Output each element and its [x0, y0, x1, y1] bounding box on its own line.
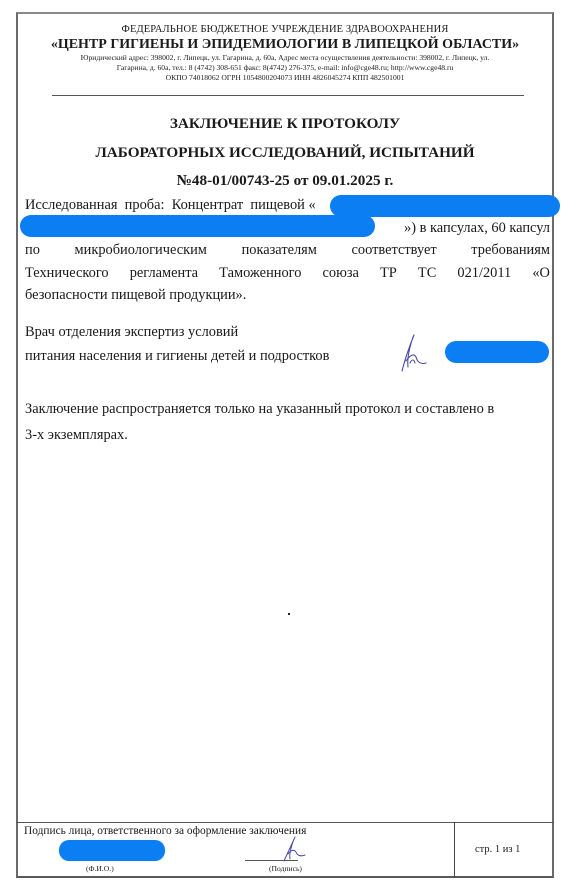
sample-line-3: по микробиологическим показателям соотве… — [25, 239, 550, 262]
speck — [288, 613, 290, 615]
sample-line-5: безопасности пищевой продукции». — [25, 284, 550, 307]
word: Концентрат — [172, 194, 244, 217]
address-line-2: Гагарина, д. 60а, тел.: 8 (4742) 308-651… — [16, 63, 554, 73]
redaction-product-name-2 — [20, 215, 375, 237]
word: ТС — [418, 262, 436, 285]
responsible-label: Подпись лица, ответственного за оформлен… — [24, 825, 306, 837]
conclusion-line-1: Заключение распространяется только на ук… — [25, 396, 550, 422]
doctor-line-2: питания населения и гигиены детей и подр… — [25, 344, 329, 368]
sample-line-2-tail: ») в капсулах, 60 капсул — [404, 217, 550, 240]
codes-line: ОКПО 74018062 ОГРН 1054800204073 ИНН 482… — [16, 73, 554, 83]
responsible-signature-icon — [280, 836, 308, 862]
doctor-signature-icon — [396, 333, 432, 373]
fio-label: (Ф.И.О.) — [86, 864, 114, 873]
address-line-1: Юридический адрес: 398002, г. Липецк, ул… — [16, 53, 554, 63]
word: союза — [323, 262, 359, 285]
footer-divider — [16, 822, 554, 823]
header-divider — [52, 95, 524, 96]
title-line-2: ЛАБОРАТОРНЫХ ИССЛЕДОВАНИЙ, ИСПЫТАНИЙ — [16, 144, 554, 162]
org-name: «ЦЕНТР ГИГИЕНЫ И ЭПИДЕМИОЛОГИИ В ЛИПЕЦКО… — [16, 37, 554, 53]
word: Технического — [25, 262, 109, 285]
redaction-product-name-1 — [330, 195, 560, 217]
word: проба: — [125, 194, 165, 217]
doctor-position: Врач отделения экспертиз условий питания… — [25, 320, 329, 368]
protocol-number: №48-01/00743-25 от 09.01.2025 г. — [16, 172, 554, 190]
word: по — [25, 239, 40, 262]
word: Таможенного — [219, 262, 301, 285]
redaction-responsible-name — [59, 840, 165, 861]
redaction-doctor-name — [445, 341, 549, 363]
word: 021/2011 — [457, 262, 511, 285]
quote-open: « — [309, 194, 316, 217]
page-number: стр. 1 из 1 — [475, 844, 520, 855]
word: требованиям — [471, 239, 550, 262]
conclusion-line-2: 3-х экземплярах. — [25, 422, 550, 448]
word: пищевой — [250, 194, 304, 217]
title-line-1: ЗАКЛЮЧЕНИЕ К ПРОТОКОЛУ — [16, 115, 554, 133]
letterhead: ФЕДЕРАЛЬНОЕ БЮДЖЕТНОЕ УЧРЕЖДЕНИЕ ЗДРАВОО… — [16, 24, 554, 83]
org-type: ФЕДЕРАЛЬНОЕ БЮДЖЕТНОЕ УЧРЕЖДЕНИЕ ЗДРАВОО… — [16, 24, 554, 36]
word: соответствует — [352, 239, 437, 262]
word: микробиологическим — [75, 239, 207, 262]
conclusion-paragraph: Заключение распространяется только на ук… — [25, 396, 550, 448]
word: Исследованная — [25, 194, 117, 217]
word: регламента — [130, 262, 198, 285]
word: «О — [532, 262, 550, 285]
sample-line-4: Технического регламента Таможенного союз… — [25, 262, 550, 285]
word: показателям — [242, 239, 317, 262]
word: безопасности пищевой продукции». — [25, 284, 246, 307]
word: ТР — [380, 262, 397, 285]
signature-label: (Подпись) — [269, 864, 302, 873]
doctor-line-1: Врач отделения экспертиз условий — [25, 320, 329, 344]
footer-column-divider — [454, 822, 455, 878]
